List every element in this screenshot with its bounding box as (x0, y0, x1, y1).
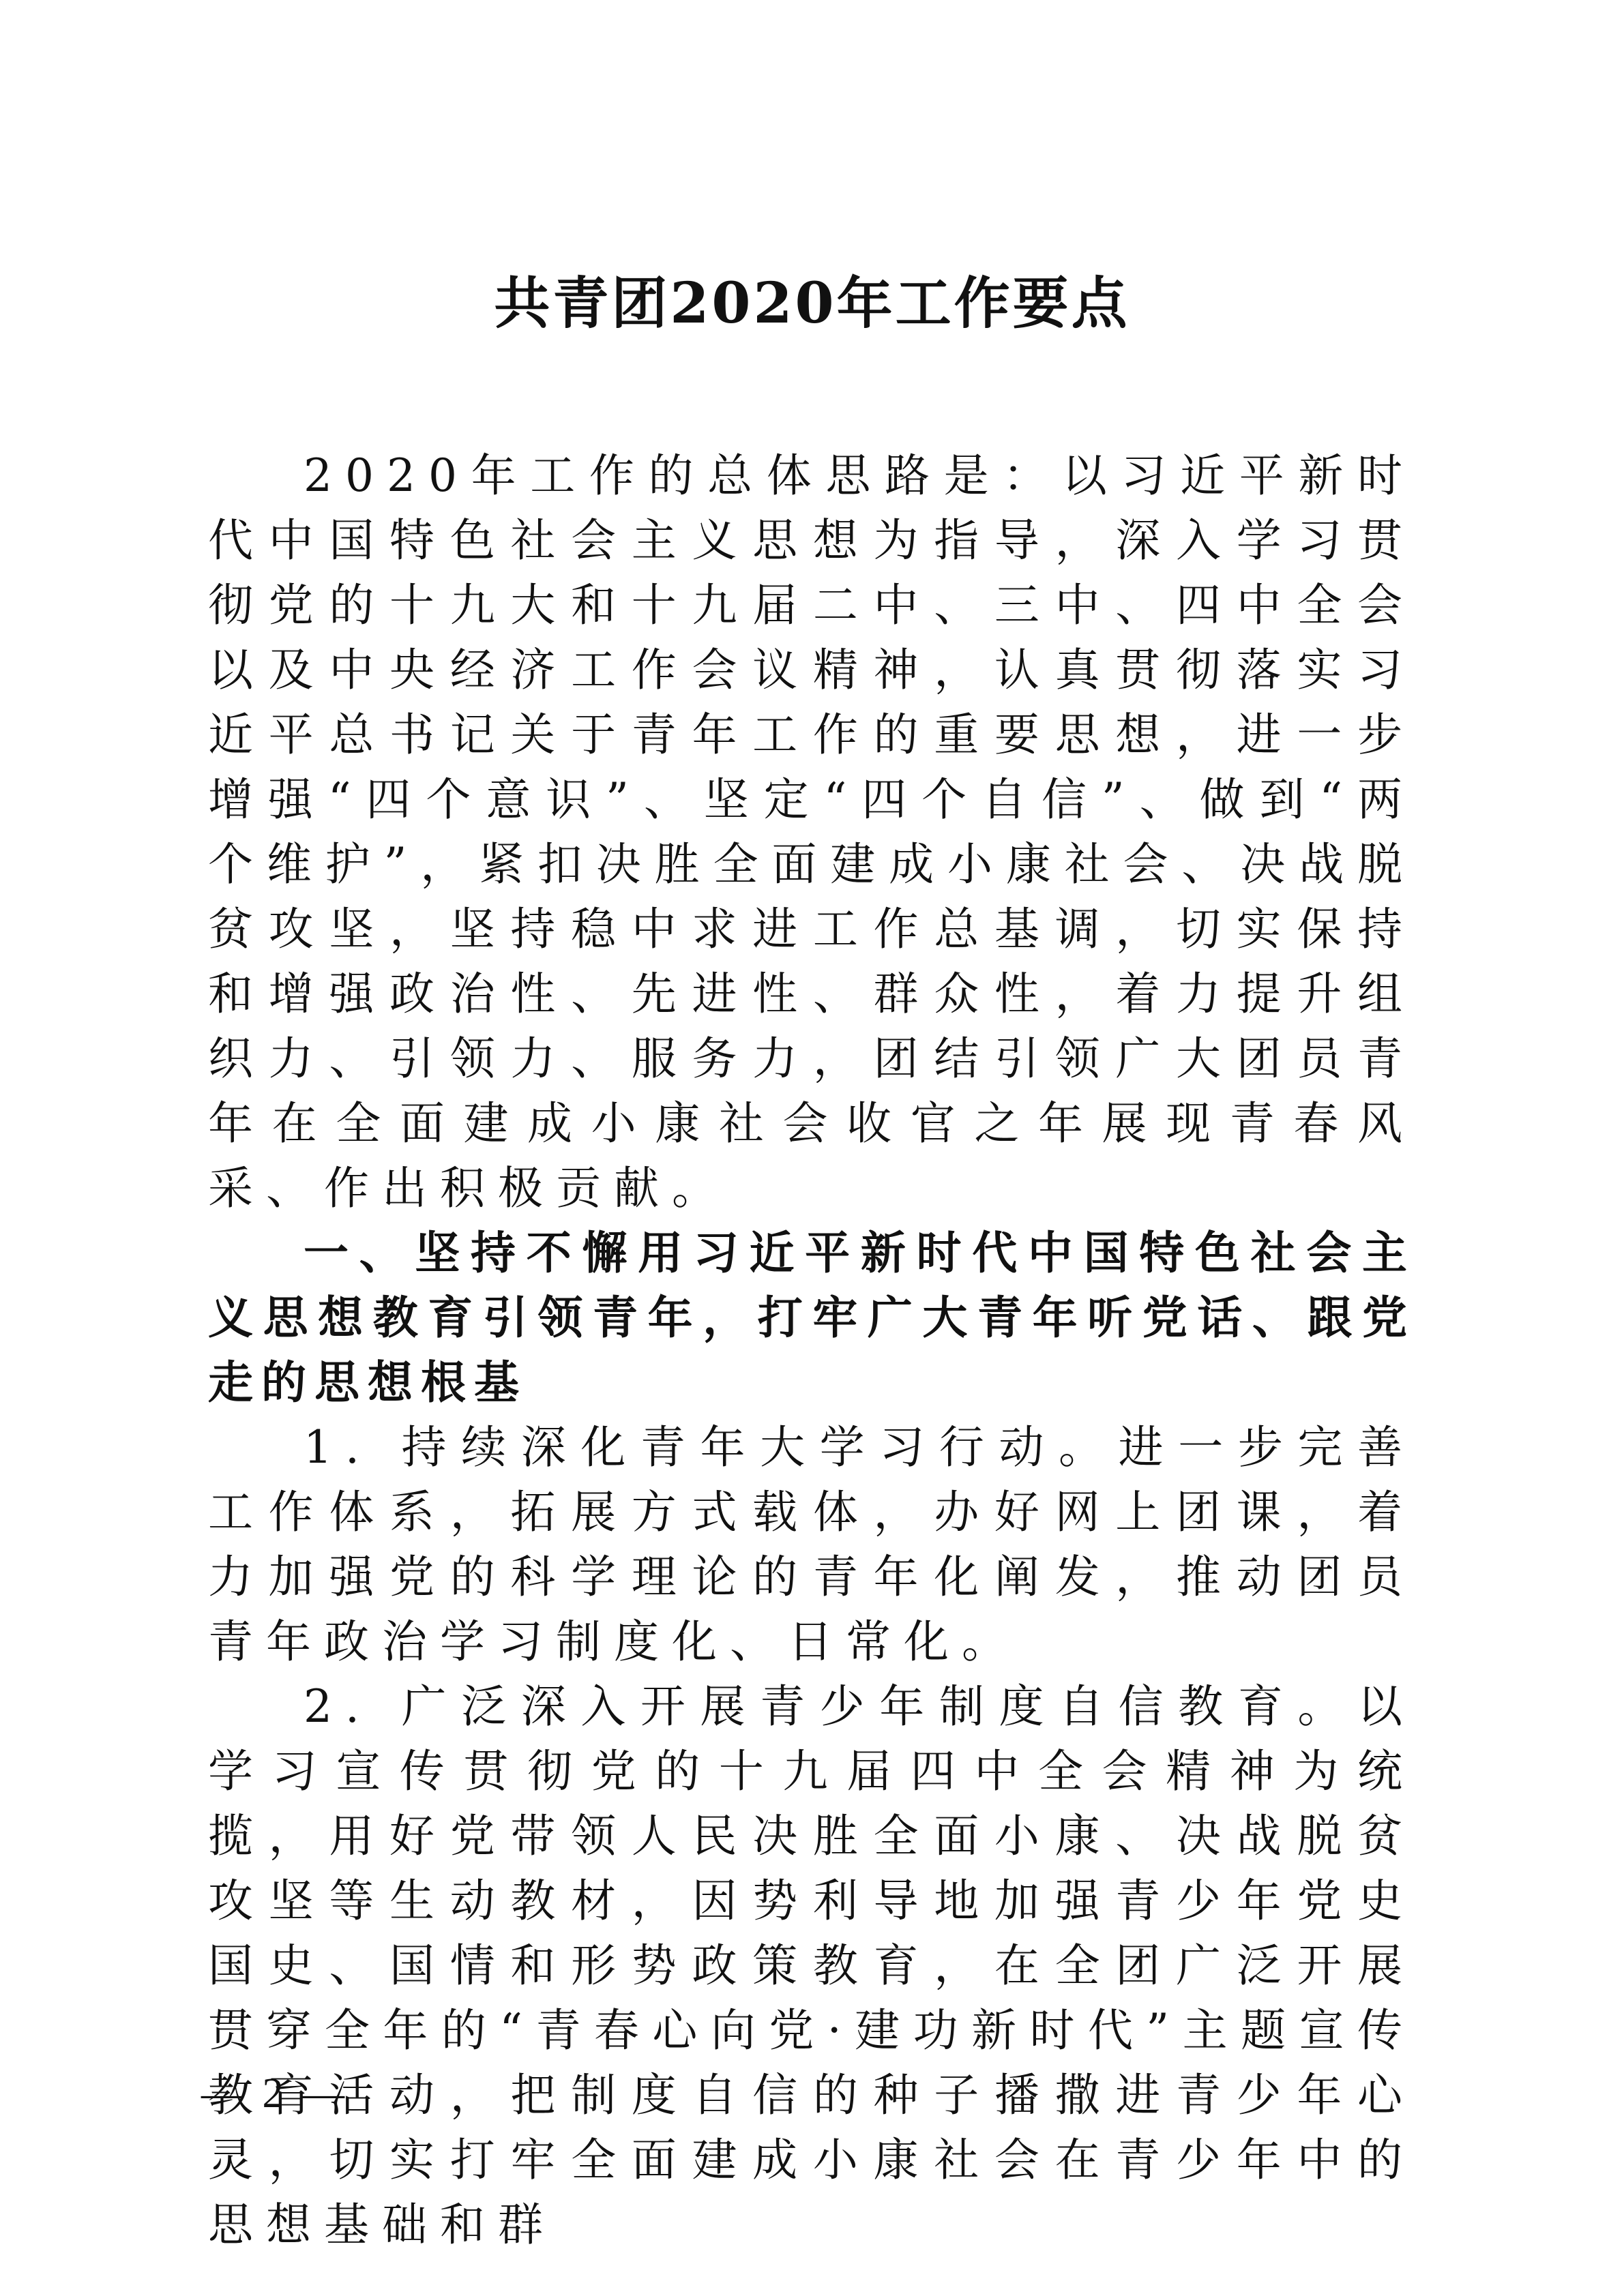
document-body: 2020年工作的总体思路是：以习近平新时代中国特色社会主义思想为指导，深入学习贯… (208, 443, 1415, 2257)
page-number: — 2 — (201, 2066, 349, 2121)
section-heading-1: 一、坚持不懈用习近平新时代中国特色社会主义思想教育引领青年，打牢广大青年听党话、… (208, 1221, 1415, 1415)
document-page: 共青团2020年工作要点 2020年工作的总体思路是：以习近平新时代中国特色社会… (0, 0, 1624, 2296)
item-paragraph-2: 2. 广泛深入开展青少年制度自信教育。以学习宣传贯彻党的十九届四中全会精神为统揽… (208, 1674, 1415, 2257)
document-title: 共青团2020年工作要点 (0, 269, 1624, 338)
overview-paragraph: 2020年工作的总体思路是：以习近平新时代中国特色社会主义思想为指导，深入学习贯… (208, 443, 1415, 1221)
item-paragraph-1: 1. 持续深化青年大学习行动。进一步完善工作体系，拓展方式载体，办好网上团课，着… (208, 1415, 1415, 1674)
